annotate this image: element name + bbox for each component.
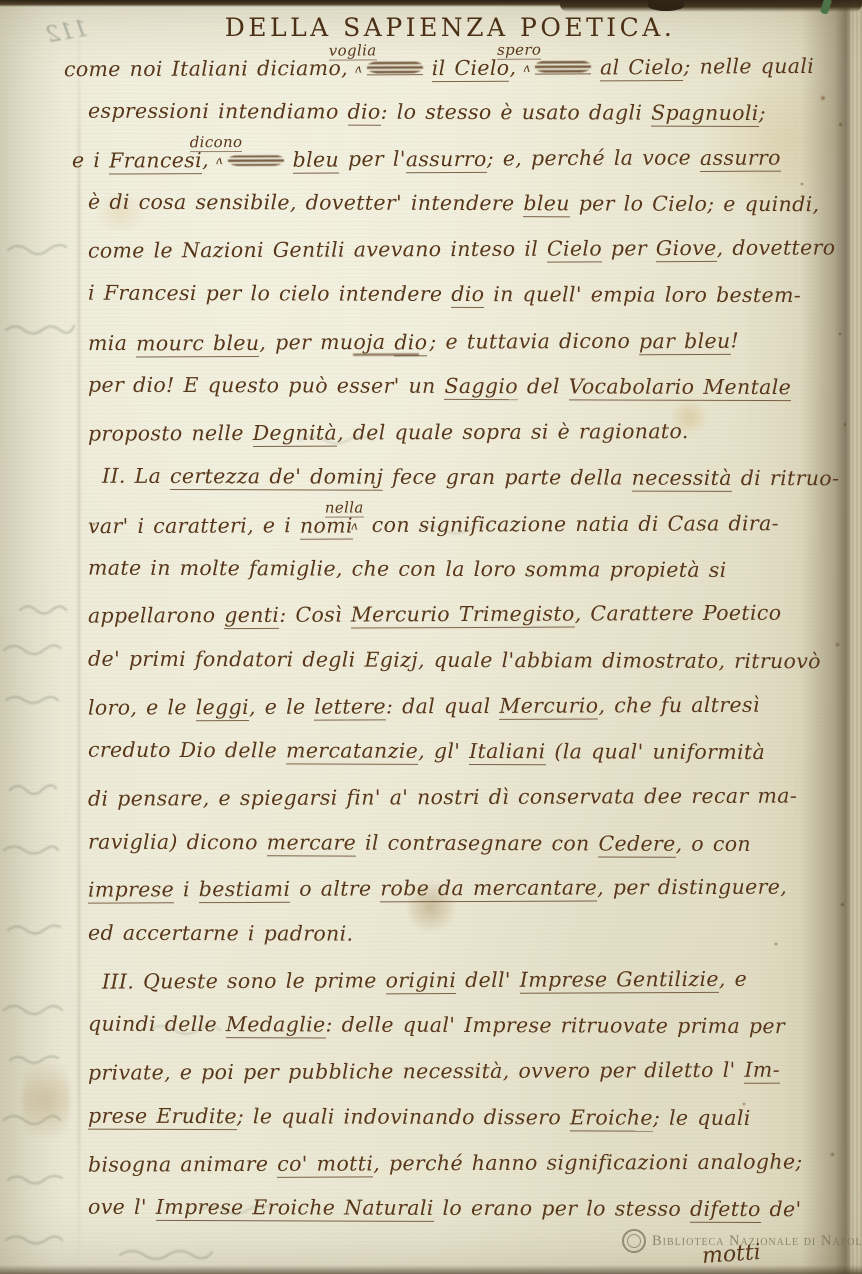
underlined-word: robe da mercantare bbox=[380, 876, 597, 903]
underlined-word: Medaglie bbox=[226, 1013, 326, 1039]
manuscript-line: come le Nazioni Gentili avevano inteso i… bbox=[88, 235, 852, 284]
word-segment: ; le quali indovinando dissero bbox=[237, 1104, 570, 1129]
word-segment: il contrasegnare con bbox=[356, 830, 598, 855]
underlined-word: assurro bbox=[700, 145, 781, 171]
manuscript-line: private, e poi per pubbliche necessità, … bbox=[88, 1057, 852, 1106]
word-segment: , dovettero bbox=[717, 235, 836, 260]
page-top-edge-dark bbox=[560, 0, 862, 12]
word-segment: fece gran parte della bbox=[383, 465, 632, 490]
underlined-word: bleu bbox=[293, 147, 340, 173]
word-segment: : Così bbox=[279, 603, 351, 627]
word-segment: dell' bbox=[456, 968, 520, 992]
manuscript-line: imprese i bestiami o altre robe da merca… bbox=[88, 875, 852, 924]
interlinear-insertion: speroʌ bbox=[525, 54, 535, 75]
manuscript-line: III. Queste sono le prime origini dell' … bbox=[88, 966, 852, 1015]
underlined-word: lettere bbox=[314, 694, 386, 720]
word-segment: (la qual' uniformità bbox=[546, 740, 766, 765]
word-segment: per bbox=[602, 236, 656, 260]
word-segment: var' i caratteri, e i bbox=[88, 513, 300, 538]
manuscript-line: di pensare, e spiegarsi fin' a' nostri d… bbox=[88, 783, 852, 832]
underlined-word: assurro bbox=[406, 147, 487, 173]
word-segment: ; bbox=[759, 101, 766, 125]
manuscript-line: var' i caratteri, e i nominellaʌ con sig… bbox=[88, 509, 852, 558]
word-segment: mia bbox=[88, 331, 136, 355]
ink-blot bbox=[648, 0, 684, 11]
manuscript-line: raviglia) dicono mercare il contrasegnar… bbox=[88, 829, 852, 877]
word-segment: proposto nelle bbox=[88, 420, 253, 445]
manuscript-line: mate in molte famiglie, che con la loro … bbox=[88, 555, 852, 603]
word-segment: per dio! E questo può esser' un bbox=[88, 372, 445, 397]
manuscript-line: prese Erudite; le quali indovinando diss… bbox=[88, 1103, 852, 1151]
word-segment: ! bbox=[730, 328, 739, 352]
underlined-word: Mercurio Trimegisto bbox=[351, 602, 575, 629]
word-segment: i bbox=[174, 878, 199, 902]
underlined-word: al Cielo bbox=[600, 55, 683, 81]
manuscript-line: e i Francesi, diconoʌ bleu per l'assurro… bbox=[72, 144, 852, 193]
word-segment: in quell' empia loro bestem- bbox=[484, 282, 801, 307]
underlined-word: origini bbox=[386, 968, 457, 994]
manuscript-line: i Francesi per lo cielo intendere dio in… bbox=[88, 281, 852, 329]
word-segment: ; nelle quali bbox=[683, 54, 814, 79]
word-segment: raviglia) dicono bbox=[88, 829, 267, 854]
interlinear-insertion: diconoʌ bbox=[218, 146, 228, 167]
word-segment: , o con bbox=[676, 831, 751, 855]
word-segment: quindi delle bbox=[88, 1012, 226, 1036]
manuscript-title: DELLA SAPIENZA POETICA. bbox=[70, 13, 830, 42]
underlined-word: Cielo bbox=[547, 236, 602, 262]
underlined-word: Francesi bbox=[109, 148, 202, 174]
caret-mark-icon: ʌ bbox=[355, 61, 362, 75]
underlined-word: difetto bbox=[690, 1197, 761, 1223]
manuscript-line: per dio! E questo può esser' un Saggio d… bbox=[88, 372, 852, 420]
word-segment: : lo stesso è usato dagli bbox=[381, 99, 652, 124]
word-segment: private, e poi per pubbliche necessità, … bbox=[88, 1058, 745, 1085]
inserted-word: spero bbox=[497, 40, 541, 59]
underlined-word: par bleu bbox=[639, 328, 731, 354]
underlined-word: Spagnuoli bbox=[651, 100, 759, 126]
manuscript-line: mia mourc bleu, per muoja dio; e tuttavi… bbox=[88, 326, 852, 375]
underlined-word: leggi bbox=[196, 695, 249, 721]
word-segment: e i bbox=[72, 148, 109, 172]
manuscript-line: loro, e le leggi, e le lettere: dal qual… bbox=[88, 692, 852, 741]
underlined-word: Im- bbox=[744, 1058, 780, 1084]
manuscript-line: appellarono genti: Così Mercurio Trimegi… bbox=[88, 601, 852, 650]
underlined-word: mercatanzie bbox=[286, 739, 418, 765]
word-segment: per lo Cielo; e quindi, bbox=[570, 191, 820, 216]
caret-mark-icon: ʌ bbox=[351, 518, 358, 532]
word-segment: , gl' bbox=[418, 739, 469, 763]
word-segment bbox=[423, 56, 432, 80]
underlined-word: Giove bbox=[656, 236, 717, 262]
word-segment: come le Nazioni Gentili avevano inteso i… bbox=[88, 236, 547, 262]
crossed-out-word bbox=[535, 59, 591, 74]
word-segment: come noi Italiani diciamo, bbox=[64, 56, 357, 81]
word-segment: è di cosa sensibile, dovetter' intendere bbox=[88, 190, 523, 216]
manuscript-line: II. La certezza de' dominj fece gran par… bbox=[88, 464, 852, 512]
underlined-word: Degnità bbox=[253, 420, 337, 446]
manuscript-line: è di cosa sensibile, dovetter' intendere… bbox=[88, 190, 852, 238]
word-segment: del bbox=[518, 374, 569, 398]
crossed-out-word-below bbox=[427, 328, 429, 349]
word-segment: ed accertarne i padroni. bbox=[88, 921, 353, 946]
underlined-word: dio bbox=[348, 99, 381, 125]
word-segment: lo erano per lo stesso bbox=[434, 1196, 690, 1221]
underlined-word: co' motti bbox=[277, 1151, 373, 1177]
word-segment: , perché hanno significazioni analoghe; bbox=[373, 1149, 803, 1175]
word-segment: i Francesi per lo cielo intendere bbox=[88, 281, 451, 306]
word-segment: mate in molte famiglie, che con la loro … bbox=[88, 555, 727, 581]
word-segment: appellarono bbox=[88, 603, 224, 628]
word-segment: ; le quali bbox=[653, 1105, 751, 1129]
manuscript-line: creduto Dio delle mercatanzie, gl' Itali… bbox=[88, 738, 852, 786]
word-segment: bisogna animare bbox=[88, 1151, 277, 1176]
word-segment: ove l' bbox=[88, 1195, 156, 1219]
inserted-word: dicono bbox=[190, 133, 243, 152]
caret-mark-icon: ʌ bbox=[523, 61, 530, 75]
manuscript-line: proposto nelle Degnità, del quale sopra … bbox=[88, 418, 852, 467]
word-segment: : dal qual bbox=[386, 693, 499, 717]
word-segment: con significazione natia di Casa dira- bbox=[363, 511, 779, 537]
word-segment: , che fu altresì bbox=[598, 692, 759, 717]
manuscript-text-block: come noi Italiani diciamo, vogliaʌ il Ci… bbox=[88, 54, 852, 1242]
word-segment: , e le bbox=[249, 694, 314, 718]
word-segment: , Carattere Poetico bbox=[575, 601, 782, 626]
underlined-word: Cedere bbox=[598, 831, 675, 857]
underlined-word: Imprese Gentilizie bbox=[520, 967, 719, 994]
underlined-word: Saggio bbox=[444, 374, 518, 400]
word-segment: di ritruo- bbox=[732, 466, 840, 490]
underlined-word: bleu bbox=[523, 191, 570, 217]
underlined-word: necessità bbox=[632, 466, 732, 492]
word-segment: ; e tuttavia dicono bbox=[429, 329, 639, 354]
manuscript-line: ed accertarne i padroni. bbox=[88, 921, 852, 969]
underlined-word: Mercurio bbox=[499, 693, 598, 719]
underlined-word: prese Erudite bbox=[88, 1103, 237, 1130]
word-segment: creduto Dio delle bbox=[88, 738, 286, 763]
underlined-word: imprese bbox=[88, 878, 174, 904]
underlined-word: Italiani bbox=[469, 739, 546, 765]
word-segment: de' bbox=[761, 1197, 802, 1221]
word-segment: , del quale sopra si è ragionato. bbox=[337, 419, 689, 445]
word-segment: , per distinguere, bbox=[597, 875, 787, 900]
caret-mark-icon: ʌ bbox=[216, 153, 223, 167]
word-segment: loro, e le bbox=[88, 695, 196, 719]
word-segment: ; e, perché la voce bbox=[487, 146, 700, 171]
word-segment bbox=[591, 55, 600, 79]
inserted-word: nella bbox=[325, 498, 364, 517]
word-segment bbox=[284, 148, 293, 172]
underlined-word: genti bbox=[224, 603, 279, 629]
word-segment: II. La bbox=[102, 464, 170, 488]
word-segment: , e bbox=[719, 967, 747, 991]
word-segment: : delle qual' Imprese ritruovate prima p… bbox=[325, 1013, 785, 1039]
word-segment: de' primi fondatori degli Egizj, quale l… bbox=[88, 647, 821, 674]
manuscript-line: come noi Italiani diciamo, vogliaʌ il Ci… bbox=[64, 52, 852, 101]
underlined-word: Vocabolario Mentale bbox=[569, 374, 792, 401]
underlined-word: mercare bbox=[267, 830, 357, 856]
underlined-word: Eroiche bbox=[570, 1105, 653, 1131]
word-segment: III. Queste sono le prime bbox=[102, 968, 386, 993]
underlined-word: dio bbox=[451, 282, 484, 308]
underlined-word: bestiami bbox=[199, 877, 291, 903]
catchword: motti bbox=[701, 1240, 761, 1269]
manuscript-line: de' primi fondatori degli Egizj, quale l… bbox=[88, 647, 852, 695]
manuscript-line: bisogna animare co' motti, perché hanno … bbox=[88, 1149, 852, 1198]
library-stamp-logo-icon bbox=[622, 1229, 646, 1253]
crossed-out-word bbox=[367, 60, 423, 75]
manuscript-line: quindi delle Medaglie: delle qual' Impre… bbox=[88, 1012, 852, 1060]
word-segment: di pensare, e spiegarsi fin' a' nostri d… bbox=[88, 784, 797, 811]
word-segment: o altre bbox=[290, 877, 380, 901]
interlinear-insertion: nellaʌ bbox=[353, 511, 363, 532]
underlined-word: certezza de' dominj bbox=[170, 464, 383, 491]
inserted-word: voglia bbox=[329, 41, 377, 60]
crossed-out-word bbox=[228, 154, 284, 167]
word-segment: per l' bbox=[339, 147, 406, 171]
interlinear-insertion: vogliaʌ bbox=[357, 54, 367, 75]
word-segment: espressioni intendiamo bbox=[88, 98, 348, 123]
underlined-word: Imprese Eroiche Naturali bbox=[156, 1195, 434, 1222]
underlined-word: mourc bleu bbox=[136, 331, 259, 358]
